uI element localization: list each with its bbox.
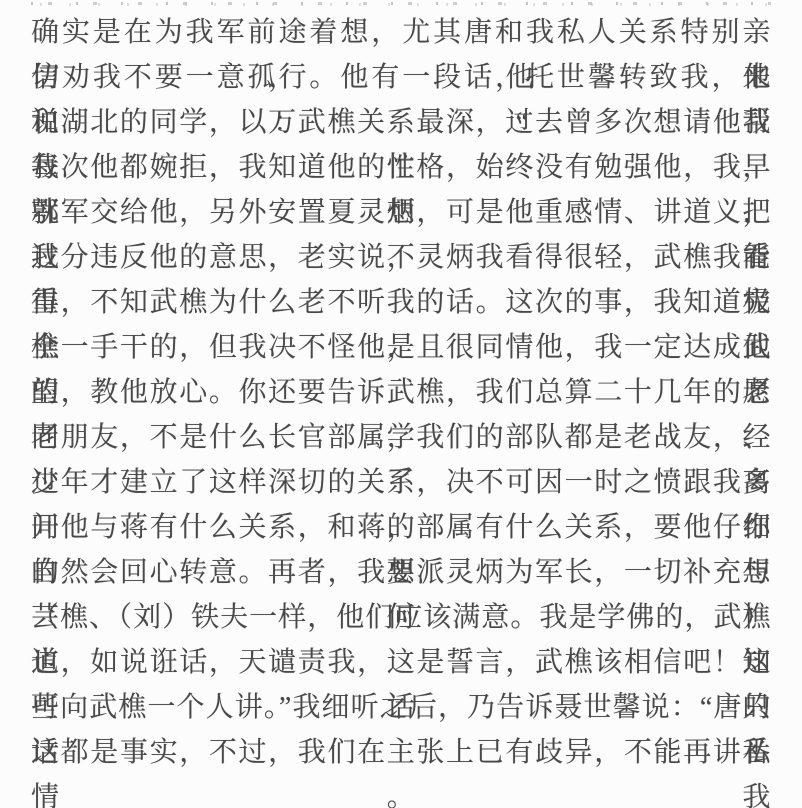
text-line: 道，如说诳话，天谴责我，这是誓言，武樵该相信吧！这些话只: [31, 640, 771, 685]
text-line: 鄂军交给他，另外安置夏灵炳，可是他重感情、讲道义，我不能: [31, 190, 771, 235]
body-text: 确实是在为我军前途着想，尤其唐和我私人关系特别亲切，他来 信劝我不要一意孤行。他…: [31, 10, 771, 775]
text-line: 每次他都婉拒，我知道他的性格，始终没有勉强他，我早就想把: [31, 145, 771, 190]
text-line: 重，不知武樵为什么老不听我的话。这次的事，我知道完全是武: [31, 280, 771, 325]
text-line: 问他与蒋有什么关系，和蒋的部属有什么关系，要他仔细的想想: [31, 505, 771, 550]
text-line: 信劝我不要一意孤行。他有一段话，托世馨转致我，他说：“我: [31, 55, 771, 100]
text-line: 少年才建立了这样深切的关系，决不可因一时之愤跟我离开，你: [31, 460, 771, 505]
text-line: 话都是事实，不过，我们在主张上已有歧异，不能再讲私情。我: [31, 730, 771, 775]
text-line: 自然会回心转意。再者，我要派灵炳为军长，一切补充与（何）: [31, 550, 771, 595]
scanned-book-page: 确实是在为我军前途着想，尤其唐和我私人关系特别亲切，他来 信劝我不要一意孤行。他…: [0, 0, 802, 808]
clipped-previous-line: [31, 0, 771, 7]
text-line: 过分违反他的意思，老实说，灵炳我看得很轻，武樵我看得极: [31, 235, 771, 280]
text-line: 和湖北的同学，以万武樵关系最深，过去曾多次想请他帮我忙，: [31, 100, 771, 145]
text-line: 老朋友，不是什么长官部属，我们的部队都是老战友，经过了多: [31, 415, 771, 460]
text-line: 望，教他放心。你还要告诉武樵，我们总算二十几年的老同学、: [31, 370, 771, 415]
text-line: 确实是在为我军前途着想，尤其唐和我私人关系特别亲切，他来: [31, 10, 771, 55]
text-line: 樵一手干的，但我决不怪他，且很同情他，我一定达成他的愿: [31, 325, 771, 370]
text-line: 可向武樵一个人讲。”我细听之后，乃告诉聂世馨说：“唐的这番: [31, 685, 771, 730]
text-line: 芸樵、（刘）铁夫一样，他们应该满意。我是学佛的，武樵也知: [31, 595, 771, 640]
